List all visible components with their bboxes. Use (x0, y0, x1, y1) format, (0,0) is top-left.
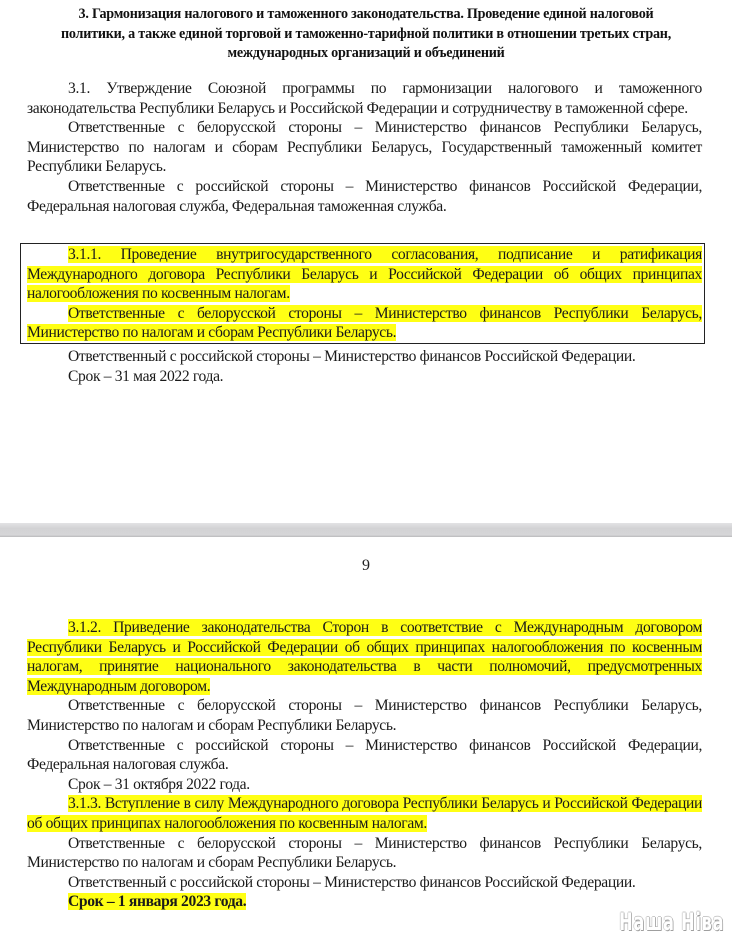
section-3-1-1-responsible-by: Ответственные с белорусской стороны – Ми… (27, 305, 702, 342)
section-3-1-2-responsible-ru: Ответственные с российской стороны – Мин… (27, 736, 702, 775)
section-3-1-responsible-ru: Ответственные с российской стороны – Мин… (27, 177, 702, 216)
document-page-9: 9 3.1.2. Приведение законодательства Сто… (0, 537, 732, 940)
page-number: 9 (0, 557, 732, 575)
document-page-8: 3. Гармонизация налогового и таможенного… (0, 0, 732, 523)
section-3-1-2-title: 3.1.2. Приведение законодательства Сторо… (27, 619, 702, 695)
section-3-1-3-responsible-ru: Ответственный с российской стороны – Мин… (27, 873, 702, 893)
section-3-1-1: 3.1.1. Проведение внутригосударственного… (27, 245, 702, 386)
section-3-1-2-deadline: Срок – 31 октября 2022 года. (27, 775, 702, 795)
section-3-1-2-responsible-by: Ответственные с белорусской стороны – Ми… (27, 696, 702, 735)
section-heading: 3. Гармонизация налогового и таможенного… (50, 4, 682, 63)
section-3-1-1-title: 3.1.1. Проведение внутригосударственного… (27, 246, 702, 302)
section-3-1-2: 3.1.2. Приведение законодательства Сторо… (27, 618, 702, 912)
section-3-1-3-title: 3.1.3. Вступление в силу Международного … (27, 795, 702, 832)
section-3-1-1-responsible-ru: Ответственный с российской стороны – Мин… (27, 347, 702, 367)
nasha-niva-watermark-logo: Наша Ніва (619, 908, 724, 936)
section-3-1-1-deadline: Срок – 31 мая 2022 года. (27, 367, 702, 387)
section-3-1-title: 3.1. Утверждение Союзной программы по га… (27, 79, 702, 118)
section-3-1: 3.1. Утверждение Союзной программы по га… (27, 79, 702, 216)
section-3-1-3-responsible-by: Ответственные с белорусской стороны – Ми… (27, 834, 702, 873)
section-3-1-3-deadline: Срок – 1 января 2023 года. (68, 893, 246, 910)
page-separator (0, 523, 732, 537)
section-3-1-responsible-by: Ответственные с белорусской стороны – Ми… (27, 118, 702, 177)
